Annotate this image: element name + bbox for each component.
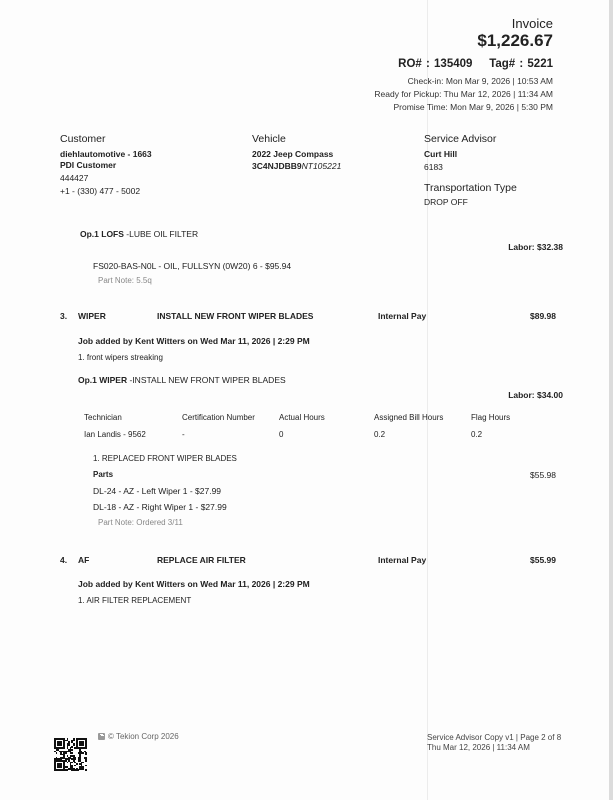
op-lofs-desc: -LUBE OIL FILTER — [124, 229, 198, 239]
tech-header-certification: Certification Number — [182, 413, 255, 422]
tech-row-flag-hours: 0.2 — [471, 430, 482, 439]
customer-heading: Customer — [60, 133, 106, 145]
job-3-concern: 1. front wipers streaking — [78, 353, 163, 362]
vehicle-heading: Vehicle — [252, 133, 286, 145]
job-3-parts-label: Parts — [93, 470, 113, 479]
job-3-added-by: Job added by Kent Witters on Wed Mar 11,… — [78, 336, 310, 346]
transport-heading: Transportation Type — [424, 182, 517, 194]
ro-number: RO# : 135409 — [398, 58, 472, 70]
job-4-code: AF — [78, 555, 89, 565]
job-4-description: REPLACE AIR FILTER — [157, 555, 246, 565]
tech-header-flag-hours: Flag Hours — [471, 413, 510, 422]
job-3-pay-type: Internal Pay — [378, 311, 426, 321]
tech-row-assigned-bill-hours: 0.2 — [374, 430, 385, 439]
tech-header-actual-hours: Actual Hours — [279, 413, 325, 422]
job-4-amount: $55.99 — [530, 555, 556, 565]
op-lofs-labor: Labor: $32.38 — [508, 242, 563, 252]
vin-prefix: 3C4NJDBB9 — [252, 161, 302, 171]
job-3-description: INSTALL NEW FRONT WIPER BLADES — [157, 311, 313, 321]
vin-suffix: NT105221 — [302, 161, 342, 171]
ready-for-pickup-time: Ready for Pickup: Thu Mar 12, 2026 | 11:… — [374, 89, 553, 99]
job-4-added-by: Job added by Kent Witters on Wed Mar 11,… — [78, 579, 310, 589]
promise-time: Promise Time: Mon Mar 9, 2026 | 5:30 PM — [393, 102, 553, 112]
tech-row-certification: - — [182, 430, 185, 439]
check-in-time: Check-in: Mon Mar 9, 2026 | 10:53 AM — [408, 76, 553, 86]
tech-header-assigned-bill-hours: Assigned Bill Hours — [374, 413, 443, 422]
job-3-op-line: Op.1 WIPER -INSTALL NEW FRONT WIPER BLAD… — [78, 375, 286, 385]
job-4-pay-type: Internal Pay — [378, 555, 426, 565]
invoice-total: $1,226.67 — [477, 31, 553, 51]
footer-copyright-line: © Tekion Corp 2026 — [98, 732, 179, 741]
op-lofs-part: FS020-BAS-N0L - OIL, FULLSYN (0W20) 6 - … — [93, 261, 291, 271]
customer-id: 444427 — [60, 173, 88, 183]
customer-phone: +1 - (330) 477 - 5002 — [60, 186, 140, 196]
footer-copy-info: Service Advisor Copy v1 | Page 2 of 8 — [427, 733, 561, 742]
scan-artifact-line — [427, 0, 428, 800]
job-4-number: 4. — [60, 555, 67, 565]
advisor-id: 6183 — [424, 162, 443, 172]
job-3-part-2: DL-18 - AZ - Right Wiper 1 - $27.99 — [93, 502, 227, 512]
job-3-part-1: DL-24 - AZ - Left Wiper 1 - $27.99 — [93, 486, 221, 496]
tech-row-actual-hours: 0 — [279, 430, 283, 439]
footer-printed-time: Thu Mar 12, 2026 | 11:34 AM — [427, 743, 530, 752]
job-3-code: WIPER — [78, 311, 106, 321]
tag-number: Tag# : 5221 — [489, 58, 553, 70]
op-lofs-code: Op.1 LOFS — [80, 229, 124, 239]
job-3-parts-total: $55.98 — [530, 470, 556, 480]
transport-type: DROP OFF — [424, 197, 468, 207]
op-lofs-line: Op.1 LOFS -LUBE OIL FILTER — [80, 229, 198, 239]
job-4-concern: 1. AIR FILTER REPLACEMENT — [78, 596, 191, 605]
ro-tag-line: RO# : 135409 Tag# : 5221 — [398, 58, 553, 70]
customer-type: PDI Customer — [60, 160, 116, 170]
tech-header-technician: Technician — [84, 413, 122, 422]
page-edge — [609, 0, 613, 800]
advisor-name: Curt Hill — [424, 149, 457, 159]
vehicle-vin: 3C4NJDBB9NT105221 — [252, 161, 341, 171]
tech-row-technician: Ian Landis - 9562 — [84, 430, 146, 439]
job-3-part-note: Part Note: Ordered 3/11 — [98, 518, 183, 527]
job-3-op-code: Op.1 WIPER — [78, 375, 127, 385]
vehicle-model: 2022 Jeep Compass — [252, 149, 333, 159]
job-3-number: 3. — [60, 311, 67, 321]
job-3-amount: $89.98 — [530, 311, 556, 321]
advisor-heading: Service Advisor — [424, 133, 496, 145]
tekion-logo-icon — [98, 733, 105, 740]
op-lofs-part-note: Part Note: 5.5q — [98, 276, 152, 285]
job-3-correction: 1. REPLACED FRONT WIPER BLADES — [93, 454, 237, 463]
job-3-labor: Labor: $34.00 — [508, 390, 563, 400]
customer-name: diehlautomotive - 1663 — [60, 149, 152, 159]
invoice-title: Invoice — [512, 16, 553, 31]
job-3-op-desc: -INSTALL NEW FRONT WIPER BLADES — [127, 375, 286, 385]
footer-copyright: © Tekion Corp 2026 — [108, 732, 179, 741]
qr-code — [54, 738, 87, 771]
